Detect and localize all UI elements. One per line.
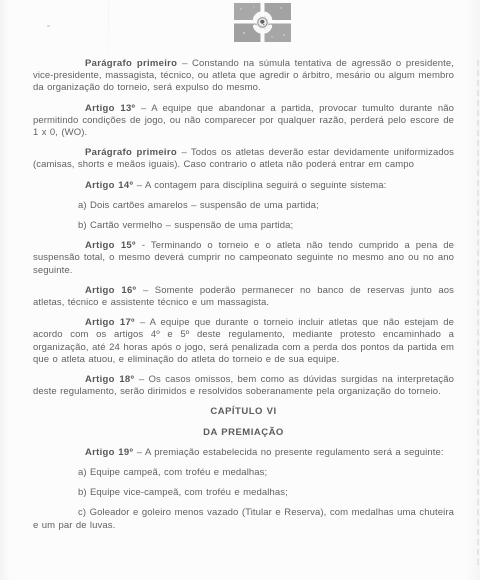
scan-speck bbox=[47, 25, 50, 27]
paragraph-lead: Artigo 17º bbox=[85, 317, 140, 328]
paragraph: Artigo 14º – A contagem para disciplina … bbox=[33, 180, 454, 192]
paragraph-lead: Parágrafo primeiro bbox=[85, 147, 181, 158]
list-item: b) Cartão vermelho – suspensão de uma pa… bbox=[33, 220, 454, 232]
document-body: Parágrafo primeiro – Constando na súmula… bbox=[33, 58, 454, 540]
paragraph-lead: Artigo 15º bbox=[85, 240, 142, 251]
club-crest-graphic bbox=[234, 3, 291, 42]
paragraph-lead: Artigo 18º bbox=[85, 374, 139, 385]
paragraph: Artigo 13º – A equipe que abandonar a pa… bbox=[33, 103, 454, 140]
chapter-heading: DA PREMIAÇÃO bbox=[33, 427, 454, 439]
chapter-heading: CAPÍTULO VI bbox=[33, 406, 454, 418]
list-item: a) Dois cartões amarelos – suspensão de … bbox=[33, 200, 454, 212]
paragraph-lead: Parágrafo primeiro bbox=[85, 58, 182, 69]
page-root: Parágrafo primeiro – Constando na súmula… bbox=[0, 0, 480, 580]
paragraph: Artigo 16º – Somente poderão permanecer … bbox=[33, 285, 454, 309]
list-item: a) Equipe campeã, com troféu e medalhas; bbox=[33, 467, 454, 479]
scan-streak bbox=[108, 2, 109, 54]
paragraph: Artigo 19º – A premiação estabelecida no… bbox=[33, 447, 454, 459]
paragraph-lead: Artigo 13º bbox=[85, 103, 141, 114]
club-crest-logo bbox=[234, 3, 291, 42]
paragraph: Parágrafo primeiro – Todos os atletas de… bbox=[33, 147, 454, 171]
list-item: b) Equipe vice-campeã, com troféu e meda… bbox=[33, 487, 454, 499]
list-item: c) Goleador e goleiro menos vazado (Titu… bbox=[33, 507, 454, 531]
paragraph: Artigo 17º – A equipe que durante o torn… bbox=[33, 317, 454, 366]
paragraph: Artigo 18º – Os casos omissos, bem como … bbox=[33, 374, 454, 398]
paragraph: Artigo 15º - Terminando o torneio e o at… bbox=[33, 240, 454, 277]
scan-edge-dashes bbox=[477, 60, 479, 565]
paragraph-lead: Artigo 14º bbox=[85, 180, 137, 191]
paragraph: Parágrafo primeiro – Constando na súmula… bbox=[33, 58, 454, 95]
paragraph-lead: Artigo 19º bbox=[85, 447, 137, 458]
paragraph-lead: Artigo 16º bbox=[85, 285, 143, 296]
